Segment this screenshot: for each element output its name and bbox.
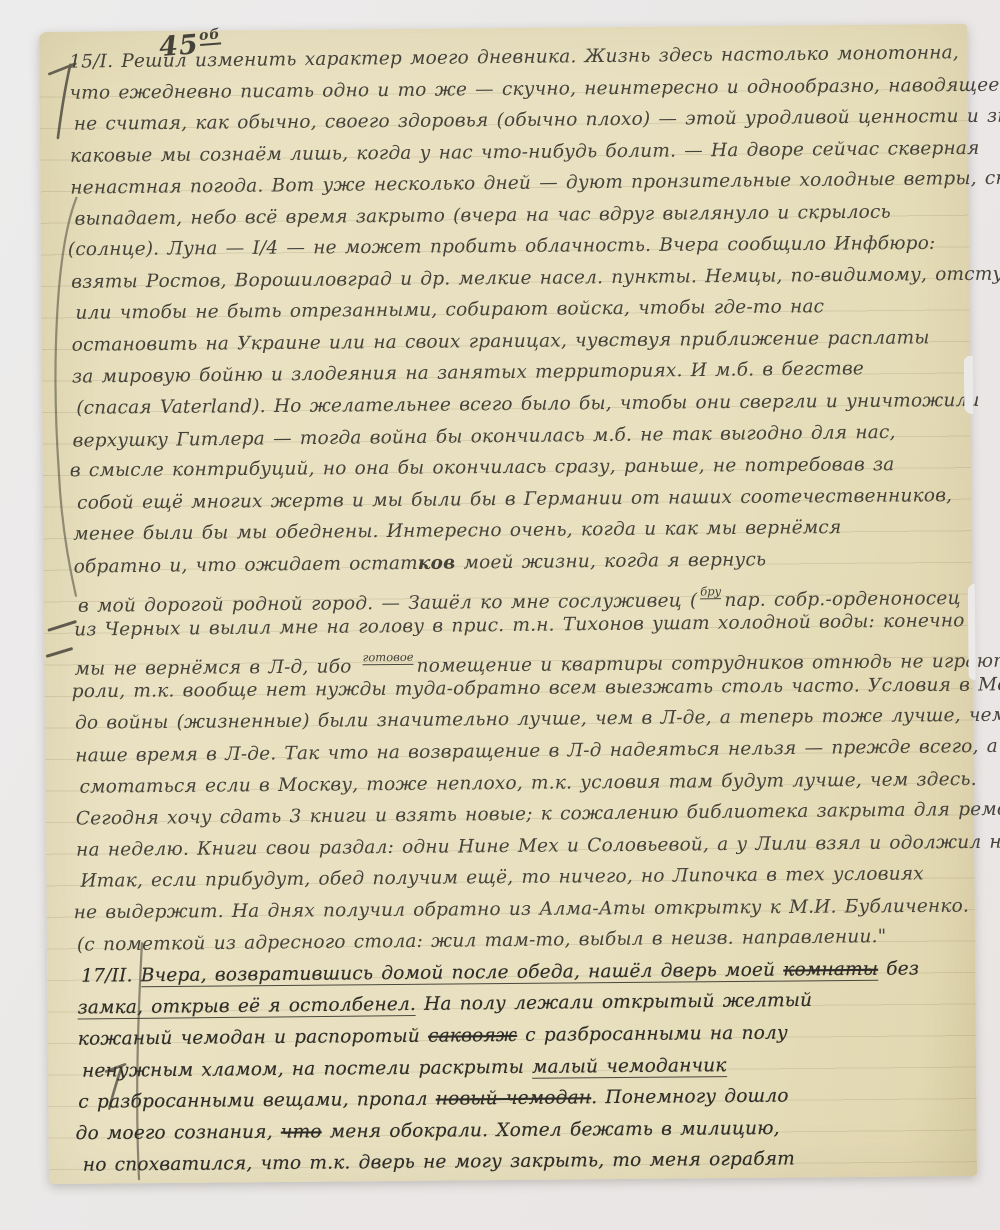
manuscript-text-segment: верхушку Гитлера — тогда война бы окончи… <box>72 422 895 452</box>
manuscript-page: 45об 15/I. Решил изменить характер моего… <box>39 24 977 1184</box>
manuscript-text-segment: Итак, если прибудут, обед получим ещё, т… <box>80 864 924 892</box>
manuscript-text-segment: в смысле контрибуций, но она бы окончила… <box>70 454 895 481</box>
manuscript-text-segment: за мировую бойню и злодеяния на занятых … <box>72 359 864 388</box>
manuscript-text-segment: На полу лежали открытый желтый <box>416 990 812 1015</box>
manuscript-text: 15/I. Решил изменить характер моего днев… <box>69 38 955 1181</box>
manuscript-text-segment: Сегодня хочу сдать 3 книги и взять новые… <box>76 798 1000 829</box>
manuscript-text-segment: (спасая Vaterland). Но желательнее всего… <box>76 390 980 419</box>
manuscript-text-segment: не считая, как обычно, своего здоровья (… <box>74 105 1000 135</box>
manuscript-text-segment: готовое <box>362 650 413 665</box>
manuscript-text-segment: до войны (жизненные) были значительно лу… <box>75 705 1000 734</box>
manuscript-text-segment: с разбросанными вещами, пропал <box>78 1089 436 1113</box>
manuscript-text-segment: с разбросанными на полу <box>517 1023 788 1046</box>
manuscript-text-segment: роли, т.к. вообще нет нужды туда-обратно… <box>72 673 1000 702</box>
manuscript-text-segment: ков <box>418 552 456 573</box>
manuscript-text-segment: на неделю. Книги свои раздал: одни Нине … <box>76 831 1000 861</box>
manuscript-line: но спохватился, что т.к. дверь не могу з… <box>83 1142 959 1181</box>
manuscript-text-segment: . Понемногу дошло <box>591 1086 789 1109</box>
manuscript-text-segment: собой ещё многих жертв и мы были бы в Ге… <box>77 485 952 514</box>
pencil-dash-1 <box>49 622 75 630</box>
manuscript-text-segment: Вчера, возвратившись домой после обеда, … <box>141 959 784 987</box>
manuscript-text-segment: ненужным хламом, на постели раскрыты <box>82 1056 532 1081</box>
manuscript-text-segment: моей жизни, когда я вернусь <box>455 549 766 573</box>
pencil-dash-2 <box>47 649 71 656</box>
manuscript-text-segment: из Черных и вылил мне на голову в прис. … <box>74 610 965 640</box>
manuscript-text-segment: ненастная погода. Вот уже несколько дней… <box>70 168 1000 199</box>
manuscript-text-segment: что <box>281 1121 322 1142</box>
manuscript-text-segment: наше время в Л-де. Так что на возвращени… <box>75 736 998 767</box>
manuscript-text-segment: остановить на Украине или на своих грани… <box>72 327 930 355</box>
manuscript-text-segment: (с пометкой из адресного стола: жил там-… <box>77 926 887 955</box>
manuscript-text-segment: бру <box>700 584 721 599</box>
manuscript-text-segment: меня обокрали. Хотел бежать в милицию, <box>322 1118 780 1142</box>
manuscript-text-segment: менее были бы мы обеднены. Интересно оче… <box>73 517 841 545</box>
manuscript-text-segment: малый чемоданчик <box>532 1055 727 1079</box>
manuscript-text-segment: комнаты <box>783 959 878 982</box>
manuscript-text-segment: новый чемодан <box>436 1087 592 1109</box>
photo-background: 45об 15/I. Решил изменить характер моего… <box>0 0 1000 1230</box>
manuscript-text-segment: до моего сознания, <box>76 1121 281 1144</box>
manuscript-text-segment: или чтобы не быть отрезанными, собирают … <box>75 297 824 325</box>
manuscript-text-segment: взяты Ростов, Ворошиловград и др. мелкие… <box>71 263 1000 293</box>
manuscript-text-segment: каковые мы сознаём лишь, когда у нас что… <box>70 138 980 167</box>
manuscript-line: роли, т.к. вообще нет нужды туда-обратно… <box>72 670 948 708</box>
manuscript-text-segment: без <box>878 958 919 979</box>
manuscript-text-segment: но спохватился, что т.к. дверь не могу з… <box>83 1149 795 1176</box>
manuscript-text-segment: 17/II. <box>81 965 141 987</box>
manuscript-text-segment: (солнце). Луна — I/4 — не может пробить … <box>68 233 936 260</box>
torn-edge <box>964 356 974 414</box>
manuscript-text-segment: смотаться если в Москву, тоже неплохо, т… <box>79 768 976 797</box>
manuscript-text-segment: саквояж <box>428 1025 517 1047</box>
manuscript-text-segment: замка, открыв её я остолбенел. <box>77 994 416 1020</box>
manuscript-text-segment: обратно и, что ожидает остат <box>74 553 418 578</box>
torn-edge <box>968 584 976 680</box>
page-number-suffix: об <box>198 26 221 46</box>
manuscript-text-segment: кожаный чемодан и распоротый <box>78 1026 428 1050</box>
manuscript-text-segment: не выдержит. На днях получил обратно из … <box>74 895 969 923</box>
manuscript-text-segment: 15/I. Решил изменить характер моего днев… <box>69 42 959 72</box>
manuscript-text-segment: выпадает, небо всё время закрыто (вчера … <box>75 201 891 229</box>
manuscript-text-segment: что ежедневно писать одно и то же — скуч… <box>69 74 1000 104</box>
